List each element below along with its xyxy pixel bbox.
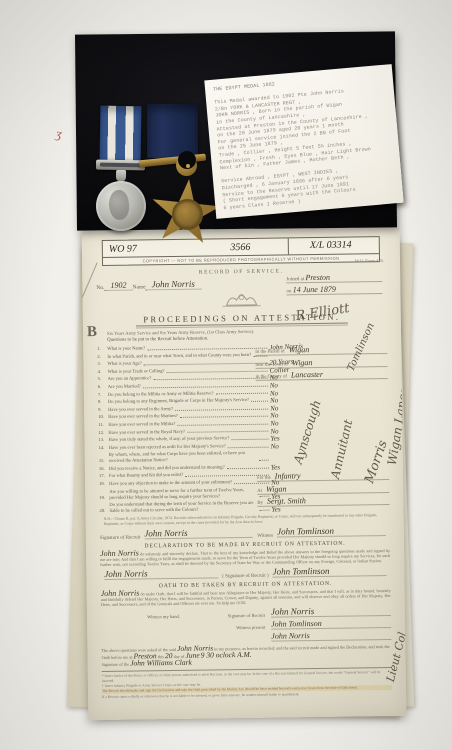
dotted-leader (177, 423, 268, 425)
question-text: Have you ever been rejected as unfit for… (109, 443, 226, 451)
enlistment-value: Infantry (275, 471, 301, 480)
birthplace-value: Lancaster (291, 370, 323, 379)
dotted-leader (143, 386, 268, 389)
birthplace-row: near the Town of Wigan (255, 356, 387, 368)
no-label: No. (96, 285, 104, 291)
witness-present-2: John Norris (271, 631, 310, 641)
question-text: What is your Age? (107, 361, 141, 367)
declaration-signature-row: John Norris ( Signature of Recruit ) Joh… (100, 565, 390, 581)
birthplace-row: In the Parish of Wigan (255, 344, 387, 356)
enlistment-label: For the (257, 476, 271, 481)
question-number: 15. (99, 458, 109, 464)
joined-place: Preston (305, 273, 330, 282)
question-number: 3. (97, 361, 107, 367)
question-text: What is your Name? (107, 345, 145, 351)
question-number: 7. (98, 391, 108, 397)
question-number: 4. (98, 369, 108, 375)
photo-stage: WO 97 3566 X/L 03314 COPYRIGHT — NOT TO … (0, 0, 452, 750)
red-ink-mark: ʒ (55, 126, 63, 143)
question-number: 5. (98, 376, 108, 382)
dotted-leader (259, 460, 269, 461)
dotted-leader (147, 348, 267, 351)
oath-sig-label: Signature of Recruit (186, 613, 271, 619)
oath-body: John Norris do make Oath, that I will be… (101, 587, 391, 607)
footnotes: * Insert Justice of the Peace, or Office… (102, 670, 392, 699)
birthplace-row: in the County of Lancaster (256, 369, 388, 381)
question-number: 10. (98, 414, 108, 420)
dotted-leader (259, 510, 269, 511)
declaration-sig-label: ( Signature of Recruit ) (222, 574, 268, 580)
khedives-star-ribbon (147, 104, 198, 158)
question-text: For what Bounty and Kit did you enlist? (109, 472, 183, 479)
question-text: Are you an Apprentice? (108, 376, 152, 383)
question-number: 18. (99, 481, 109, 487)
enlistment-row: By Sergt. Smith (257, 495, 389, 507)
archive-ref-wo97: WO 97 (109, 242, 193, 254)
certification-block: The above questions were asked of the sa… (101, 643, 391, 668)
recruit-signature: John Norris (144, 528, 187, 539)
birthplace-label: in the County of (256, 374, 287, 379)
card-text: THE EGYPT MEDAL 1882This Medal awarded t… (213, 72, 395, 212)
dotted-leader (144, 363, 268, 366)
joined-label: Joined at (286, 277, 304, 282)
section-letter: B (87, 324, 97, 341)
recruit-name: John Norris (146, 279, 201, 291)
witness-section: Witness my hand. Signature of Recruit Jo… (101, 605, 391, 644)
question-text: By whom, where, and for what Corps have … (109, 450, 257, 464)
oath-signature: John Norris (271, 606, 314, 617)
birthplace-label: near the Town of (255, 362, 288, 367)
question-text: Do you belong to the Militia or Army or … (108, 390, 214, 397)
service-number: 1902 (104, 281, 132, 291)
name-label: Name (132, 284, 145, 290)
question-number: 14. (99, 445, 109, 451)
question-number: 9. (98, 407, 108, 413)
declaration-witness-signature: John Tomlinson (272, 566, 329, 577)
question-number: 17. (99, 473, 109, 479)
typed-caption-card: THE EGYPT MEDAL 1882This Medal awarded t… (204, 64, 403, 219)
question-number: 20. (99, 508, 109, 514)
enlistment-value: Sergt. Smith (267, 496, 306, 506)
witness-label: Witness (257, 534, 273, 539)
small-star-icon (186, 164, 190, 168)
witness-my-hand-label: Witness my hand. (101, 614, 186, 620)
questions-section: 1. What is your Name? John Norris 2. In … (97, 342, 389, 514)
dotted-leader (175, 408, 268, 410)
question-number: 2. (97, 353, 107, 359)
clause-note: N.B.—Clause II, par. 9, Army Circular, 1… (104, 513, 386, 526)
dotted-leader (167, 370, 268, 372)
question-number: 13. (98, 437, 108, 443)
archive-ref-number: 3566 (193, 241, 288, 253)
question-text: Have you ever served in the Marines? (108, 413, 178, 420)
form-reference: W.O. Form 476. (355, 258, 384, 263)
question-text: Are you willing to be attested to serve … (109, 486, 257, 500)
enlistment-row: For the Infantry (257, 470, 389, 482)
recruit-signature-row: Signature of Recruit John Norris Witness… (100, 525, 390, 541)
question-text: Do you belong to any Regiment, Brigade o… (108, 397, 249, 405)
birthplace-label: In the Parish of (255, 349, 285, 354)
archive-ref-xl: X/L 03314 (288, 237, 373, 254)
attestation-document: WO 97 3566 X/L 03314 COPYRIGHT — NOT TO … (82, 228, 407, 720)
question-number: 8. (98, 399, 108, 405)
khedives-star-medallion (172, 199, 203, 230)
question-number: 11. (98, 422, 108, 428)
question-text: Have you ever served in the Royal Navy? (108, 428, 185, 435)
oath-text: do make Oath, that I will be faithful an… (101, 588, 391, 607)
signature-label: Signature of Recruit (100, 536, 141, 542)
witness-signature: John Tomlinson (277, 526, 334, 537)
question-number: 1. (97, 346, 107, 352)
dotted-leader (187, 431, 268, 433)
question-text: Have you any objection to make to the am… (109, 479, 232, 487)
question-number: 12. (98, 429, 108, 435)
birthplace-value: Wigan (292, 358, 313, 367)
archive-stamp-box: WO 97 3566 X/L 03314 COPYRIGHT — NOT TO … (102, 236, 380, 266)
question-number: 16. (99, 466, 109, 472)
question-text: Have you truly stated the whole, if any,… (108, 435, 229, 443)
question-number: 6. (98, 384, 108, 390)
dotted-leader (251, 401, 268, 402)
question-text: Have you ever served in the Militia? (108, 421, 175, 428)
question-text: Do you understand that during the term o… (109, 500, 257, 514)
enlistment-label: At (257, 488, 262, 493)
dotted-leader (216, 393, 268, 395)
question-text: Did you receive a Notice, and did you un… (109, 464, 225, 472)
declaration-signature: John Norris (104, 568, 147, 579)
enlistment-row: At Wigan (257, 482, 389, 494)
egypt-medal-ribbon (100, 106, 142, 164)
dotted-leader (227, 467, 269, 469)
dotted-leader (153, 378, 267, 381)
justice-sig-label: Signature of the (102, 662, 130, 667)
question-number: 19. (99, 494, 109, 500)
question-text: Are you Married? (108, 383, 141, 389)
birthplace-value: Wigan (289, 345, 310, 354)
justice-signature: John Williams Clark (130, 658, 192, 668)
question-text: What is your Trade or Calling? (108, 368, 165, 375)
enlistment-block: For the Infantry At Wigan By Sergt. Smit… (257, 470, 390, 509)
egypt-medal-disc (96, 181, 146, 231)
dotted-leader (231, 439, 268, 441)
witness-present-1: John Tomlinson (271, 619, 322, 629)
declaration-text: do solemnly and sincerely declare, That … (100, 548, 390, 567)
enlistment-label: By (257, 501, 263, 506)
declaration-body: John Norris do solemnly and sincerely de… (100, 547, 390, 567)
witness-present-label: Witness present (186, 625, 271, 631)
egypt-medal-clasp (96, 160, 145, 171)
question-text: In what Parish, and in or near what Town… (107, 351, 251, 359)
royal-crest (96, 289, 386, 314)
question-text: Have you ever served in the Army? (108, 406, 173, 413)
birthplace-block: In the Parish of Wigan near the Town of … (255, 344, 388, 383)
enlistment-value: Wigan (266, 484, 287, 493)
dotted-leader (228, 446, 269, 448)
dotted-leader (180, 416, 268, 418)
certify-time: 9 30 oclock A.M. (201, 650, 252, 660)
